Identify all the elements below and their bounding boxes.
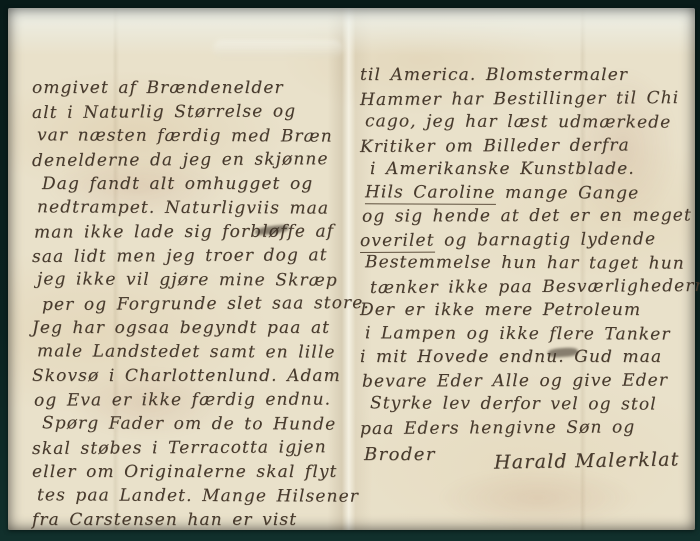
- letter-text: Skovsø i Charlottenlund. Adam: [32, 366, 341, 386]
- letter-line: skal støbes i Terracotta igjen: [32, 435, 362, 461]
- letter-line: tænker ikke paa Besværlighederne: [370, 274, 700, 300]
- letter-line: Jeg har ogsaa begyndt paa at: [32, 316, 362, 340]
- letter-text: nedtrampet. Naturligviis maa: [37, 197, 329, 218]
- letter-text: omgivet af Brændenelder: [32, 78, 284, 98]
- letter-line: eller om Originalerne skal flyt: [32, 460, 362, 484]
- letter-left-page: omgivet af Brændenelderalt i Naturlig St…: [32, 76, 362, 532]
- closing-row: BroderHarald Malerklat: [360, 444, 700, 472]
- letter-text: saa lidt men jeg troer dog at: [32, 245, 328, 267]
- letter-text: Der er ikke mere Petroleum: [360, 300, 641, 320]
- letter-text: og Eva er ikke færdig endnu.: [34, 390, 331, 411]
- letter-line: saa lidt men jeg troer dog at: [32, 243, 362, 269]
- letter-text: eller om Originalerne skal flyt: [32, 462, 338, 482]
- letter-line: bevare Eder Alle og give Eder: [362, 369, 700, 394]
- underlined-text: overilet: [360, 230, 435, 252]
- letter-text: mange Gange: [495, 182, 639, 203]
- letter-text: i Lampen og ikke flere Tanker: [365, 323, 671, 344]
- letter-line: male Landstedet samt en lille: [37, 339, 362, 364]
- letter-text: male Landstedet samt en lille: [37, 341, 336, 362]
- letter-line: paa Eders hengivne Søn og: [360, 415, 700, 441]
- letter-text: Styrke lev derfor vel og stol: [370, 393, 657, 414]
- letter-line: Dag fandt alt omhugget og: [42, 172, 362, 196]
- embossed-stamp: [213, 40, 343, 58]
- letter-line: man ikke lade sig forbløffe af: [34, 219, 362, 244]
- underlined-text: Hils Caroline: [365, 182, 496, 205]
- letter-text: tes paa Landet. Mange Hilsener: [37, 485, 359, 506]
- letter-line: jeg ikke vil gjøre mine Skræp: [37, 267, 362, 292]
- letter-line: overilet og barnagtig lydende: [360, 227, 700, 253]
- letter-line: cago, jeg har læst udmærkede: [365, 110, 700, 135]
- signature: Harald Malerklat: [494, 448, 680, 473]
- letter-right-page: til America. BlomstermalerHammer har Bes…: [360, 64, 700, 472]
- letter-line: Styrke lev derfor vel og stol: [370, 392, 700, 417]
- letter-line: Hils Caroline mange Gange: [365, 181, 700, 206]
- letter-line: Der er ikke mere Petroleum: [360, 299, 700, 323]
- letter-line: i mit Hovede endnu. Gud maa: [360, 346, 700, 370]
- letter-text: Dag fandt alt omhugget og: [42, 174, 313, 194]
- letter-text: i mit Hovede endnu. Gud maa: [360, 347, 662, 367]
- letter-line: Bestemmelse hun har taget hun: [365, 251, 700, 276]
- letter-line: denelderne da jeg en skjønne: [32, 147, 362, 173]
- letter-text: bevare Eder Alle og give Eder: [362, 370, 668, 391]
- letter-text: var næsten færdig med Bræn: [37, 125, 333, 146]
- letter-text: til America. Blomstermaler: [360, 65, 628, 85]
- letter-text: tænker ikke paa Besværlighederne: [370, 275, 700, 297]
- letter-line: og Eva er ikke færdig endnu.: [34, 387, 362, 412]
- letter-line: Kritiker om Billeder derfra: [360, 133, 700, 159]
- letter-line: til America. Blomstermaler: [360, 64, 700, 88]
- letter-text: per og Forgrunde slet saa store.: [42, 293, 370, 315]
- closing-word: Broder: [364, 444, 436, 465]
- letter-line: per og Forgrunde slet saa store.: [42, 291, 362, 317]
- letter-text: Kritiker om Billeder derfra: [360, 135, 630, 157]
- letter-line: var næsten færdig med Bræn: [37, 123, 362, 148]
- letter-text: og sig hende at det er en meget: [362, 205, 692, 226]
- letter-line: Spørg Fader om de to Hunde: [42, 411, 362, 436]
- letter-line: i Lampen og ikke flere Tanker: [365, 322, 700, 347]
- letter-line: i Amerikanske Kunstblade.: [370, 158, 700, 182]
- letter-line: alt i Naturlig Størrelse og: [32, 99, 362, 125]
- letter-text: denelderne da jeg en skjønne: [32, 149, 329, 171]
- letter-text: og barnagtig lydende: [435, 229, 657, 250]
- letter-text: Hammer har Bestillinger til Chi: [360, 88, 679, 110]
- letter-text: Jeg har ogsaa begyndt paa at: [32, 318, 330, 338]
- letter-line: og sig hende at det er en meget: [362, 204, 700, 229]
- letter-line: nedtrampet. Naturligviis maa: [37, 195, 362, 220]
- letter-text: Spørg Fader om de to Hunde: [42, 413, 336, 434]
- letter-text: Bestemmelse hun har taget hun: [365, 252, 685, 273]
- bleed-through-smudge: [438, 468, 638, 528]
- letter-text: alt i Naturlig Størrelse og: [32, 101, 296, 123]
- letter-line: Hammer har Bestillinger til Chi: [360, 86, 700, 112]
- letter-text: skal støbes i Terracotta igjen: [32, 437, 327, 459]
- letter-text: i Amerikanske Kunstblade.: [370, 159, 635, 179]
- scan-background: omgivet af Brændenelderalt i Naturlig St…: [0, 0, 700, 541]
- letter-line: fra Carstensen han er vist: [32, 508, 362, 532]
- letter-text: cago, jeg har læst udmærkede: [365, 111, 671, 132]
- letter-paper: omgivet af Brændenelderalt i Naturlig St…: [8, 8, 695, 530]
- letter-text: jeg ikke vil gjøre mine Skræp: [37, 269, 338, 290]
- letter-text: fra Carstensen han er vist: [32, 510, 297, 530]
- letter-line: Skovsø i Charlottenlund. Adam: [32, 364, 362, 388]
- letter-line: tes paa Landet. Mange Hilsener: [37, 483, 362, 508]
- letter-line: omgivet af Brændenelder: [32, 76, 362, 100]
- letter-text: paa Eders hengivne Søn og: [360, 417, 635, 439]
- letter-text: man ikke lade sig forbløffe af: [34, 222, 334, 243]
